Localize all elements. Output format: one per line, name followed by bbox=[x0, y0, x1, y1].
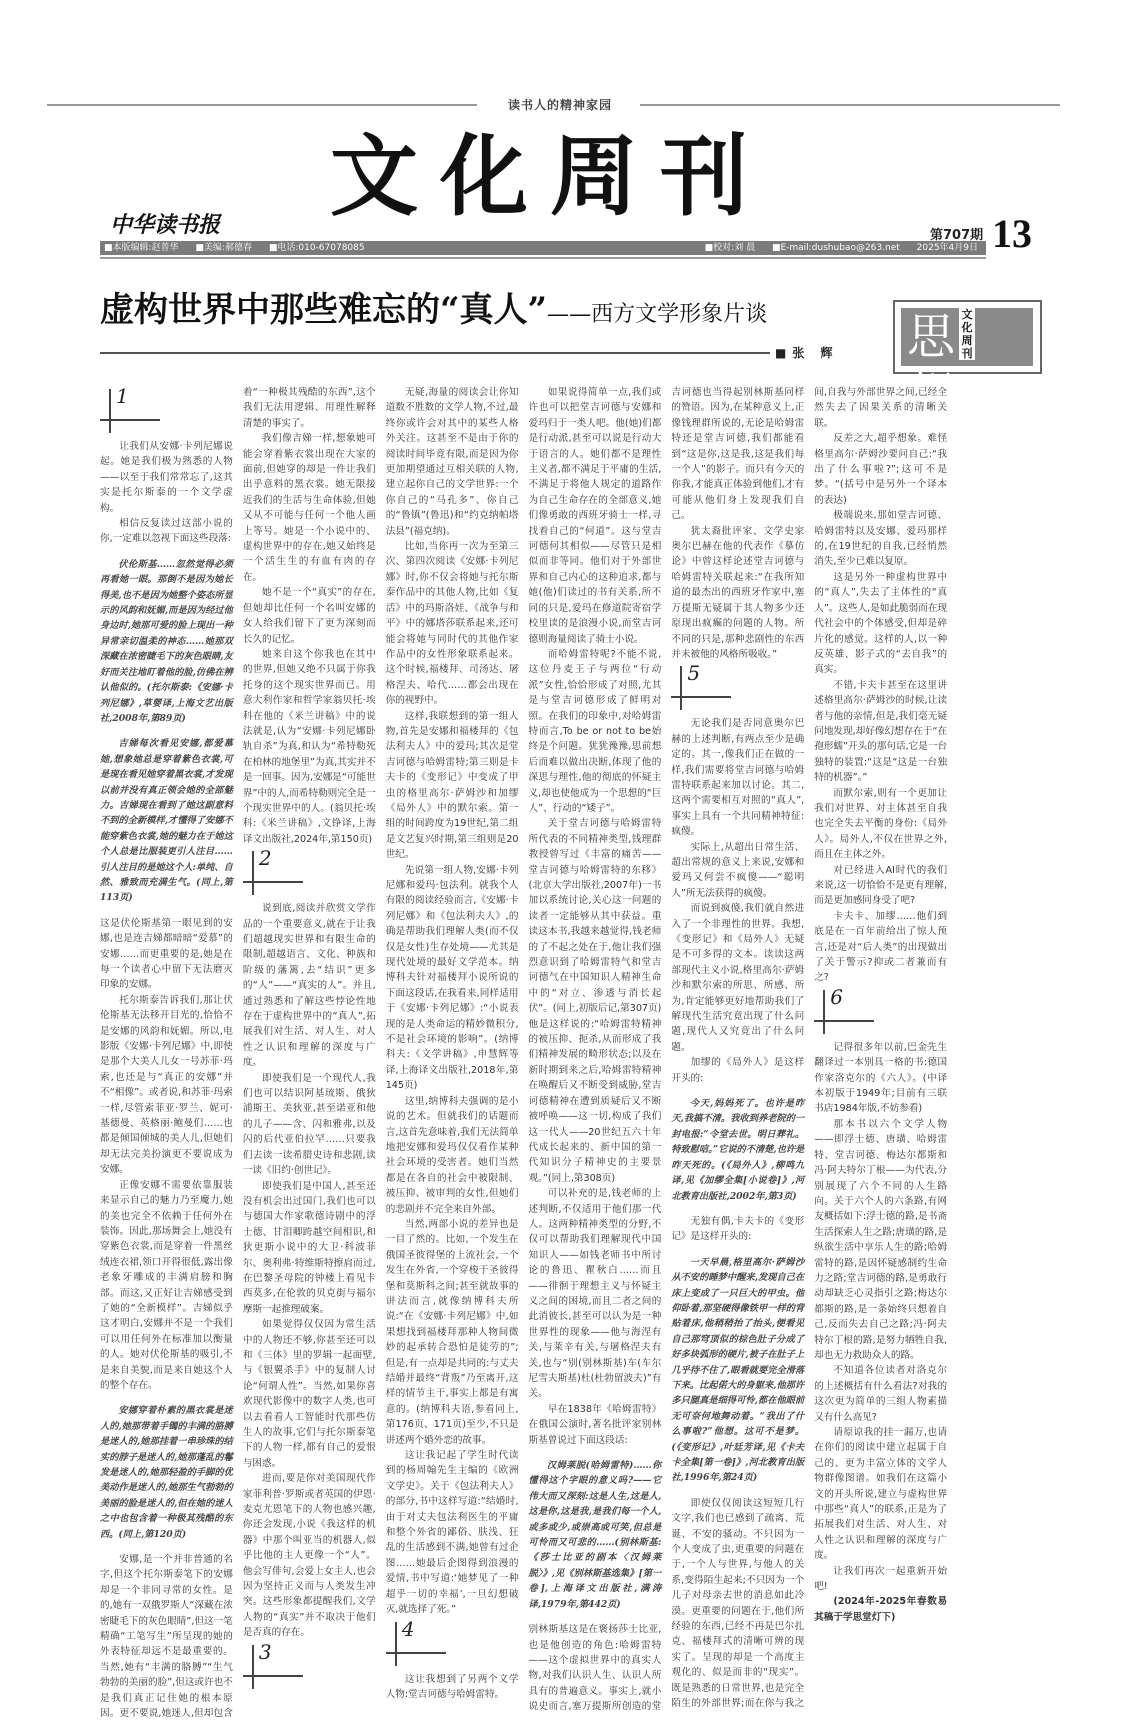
paragraph: 不错,卡夫卡甚至在这里讲述格里高尔·萨姆沙的时候,让读者与他的亲情,但是,我们毫… bbox=[814, 678, 947, 786]
section-number: 5 bbox=[687, 666, 700, 681]
article-headline: 虚构世界中那些难忘的“真人”——西方文学形象片谈 bbox=[100, 282, 767, 331]
section-marker: 4 bbox=[386, 1622, 519, 1662]
paragraph: 即使我们是中国人,甚至还没有机会出过国门,我们也可以与德国大作家歌德诗剧中的浮士… bbox=[243, 1179, 376, 1318]
paragraph: 而说到疯傻,我们就自然进入了一个非理性的世界。我想,《变形记》和《局外人》无疑是… bbox=[671, 901, 804, 1055]
paragraph: 而默尔索,则有一个更加让我们对世界、对主体甚至自我也完全失去平衡的身份:《局外人… bbox=[814, 786, 947, 863]
paragraph: 比如,当你再一次为至第三次、第四次阅读《安娜·卡列尼娜》时,你不仅会将她与托尔斯… bbox=[386, 539, 519, 708]
paragraph: 无疑,海量的阅读会让你知道数不胜数的文学人物,不过,最终你或许会对其中的某些人格… bbox=[386, 385, 519, 539]
paragraph: 无独有偶,卡夫卡的《变形记》是这样开头的: bbox=[671, 1214, 804, 1245]
paragraph: 如果说得简单一点,我们或许也可以把堂吉诃德与安娜和爱玛归于一类人吧。他(她)们都… bbox=[529, 385, 662, 647]
section-marker-rule bbox=[252, 1645, 254, 1689]
paragraph: 反差之大,超乎想象。难怪格里高尔·萨姆沙要问自己:“我出了什么事啦?”;这可不是… bbox=[814, 431, 947, 508]
block-quote: 汉姆莱脱(哈姆雷特)……你懂得这个字眼的意义吗?——它伟大而又深刻:这是人生,这… bbox=[529, 1458, 662, 1612]
paragraph: 让我们再次一起重新开始吧! bbox=[814, 1564, 947, 1595]
phone-info: ■电话:010-67078085 bbox=[269, 243, 365, 253]
author-byline: ■张 辉 bbox=[775, 344, 839, 361]
block-quote: 吉娣每次看见安娜,都爱慕她,想象她总是穿着紫色衣裳,可是现在看见她穿着黑衣裳,才… bbox=[100, 736, 233, 905]
block-quote: 安娜穿着朴素的黑衣裳是迷人的,她那带着手镯的丰满的胳膊是迷人的,她那挂着一串珍珠… bbox=[100, 1403, 233, 1542]
paragraph: 关于堂吉诃德与哈姆雷特所代表的不同精神类型,钱理群教授曾写过《丰富的痛苦——堂吉… bbox=[529, 816, 662, 1186]
paragraph: 这里,纳博科夫强调的是小说的艺术。但就我们的话题而言,这首先意味着,我们无法简单… bbox=[386, 1094, 519, 1217]
paragraph: 说到底,阅读并欣赏文学作品的一个重要意义,就在于让我们超越现实世界和有限生命的限… bbox=[243, 901, 376, 1070]
paragraph: 她来自这个你我也在其中的世界,但她又绝不只属于你我托身的这个现实世界而已。用意大… bbox=[243, 647, 376, 847]
paragraph: 我们像吉娣一样,想象她可能会穿着紫衣裳出现在大家的面前,但她穿的却是一件让我们出… bbox=[243, 431, 376, 585]
newspaper-page: 读书人的精神家园 文化周刊 中华读书报 第707期 13 ■本版编辑:赵普华 ■… bbox=[0, 0, 1133, 1725]
section-marker-rule bbox=[252, 851, 254, 895]
slogan-rule-left bbox=[47, 104, 477, 106]
section-marker-rule bbox=[671, 696, 731, 698]
paragraph: 可以补充的是,钱老师的上述判断,不仅适用于他们那一代人。这两种精神类型的分野,不… bbox=[529, 1186, 662, 1402]
slogan-rule-right bbox=[640, 104, 1060, 106]
section-marker: 2 bbox=[243, 851, 376, 891]
slogan: 读书人的精神家园 bbox=[470, 96, 650, 113]
editor-credit: ■本版编辑:赵普华 bbox=[104, 243, 179, 253]
section-marker: 1 bbox=[100, 389, 233, 429]
publish-date: 2025年4月9日 bbox=[917, 243, 978, 253]
section-marker: 6 bbox=[814, 990, 947, 1030]
section-marker-rule bbox=[814, 1020, 874, 1022]
section-marker-rule bbox=[243, 881, 303, 883]
section-number: 1 bbox=[116, 389, 129, 404]
paragraph: 相信反复读过这部小说的你,一定难以忽视下面这些段落: bbox=[100, 516, 233, 547]
paragraph: 实际上,从超出日常生活、超出常规的意义上来说,安娜和爱玛又何尝不疯傻——“聪明人… bbox=[671, 840, 804, 902]
section-marker-rule bbox=[680, 666, 682, 710]
paragraph: 进而,要是你对美国现代作家菲利普·罗斯或者英国的伊恩·麦克尤恩笔下的人物也感兴趣… bbox=[243, 1471, 376, 1640]
paragraph: 而哈姆雷特呢?不能不说,这位丹麦王子与两位“行动派”女性,恰恰形成了对照,尤其是… bbox=[529, 647, 662, 816]
paragraph: 先说第一组人物,安娜·卡列尼娜和爱玛·包法利。就我个人有限的阅读经验而言,《安娜… bbox=[386, 863, 519, 1094]
byline-rule bbox=[100, 352, 770, 354]
paragraph: 当然,两部小说的差异也是一目了然的。比如,一个发生在俄国圣彼得堡的上流社会,一个… bbox=[386, 1217, 519, 1448]
block-quote: 伏伦斯基……忽然觉得必须再看她一眼。那倒不是因为她长得美,也不是因为她整个姿态所… bbox=[100, 557, 233, 726]
section-marker-rule bbox=[395, 1622, 397, 1666]
paragraph: 即使我们是一个现代人,我们也可以结识阿基琉斯、俄狄浦斯王、美狄亚,甚至诺亚和他的… bbox=[243, 1071, 376, 1179]
paragraph: 这是另外一种虚构世界中的“真人”,失去了主体性的“真人”。这些人,是如此脆弱而在… bbox=[814, 570, 947, 678]
paragraph: 犹太裔批评家、文学史家奥尔巴赫在他的代表作《摹仿论》中曾这样论述堂吉诃德与哈姆雷… bbox=[671, 524, 804, 663]
article-body: 1让我们从安娜·卡列尼娜说起。她是我们极为熟悉的人物——以至于我们常常忘了,这其… bbox=[100, 385, 1090, 1725]
proofreader-credit: ■校对:刘 晨 bbox=[705, 243, 755, 253]
section-marker-rule bbox=[109, 389, 111, 433]
paragraph: 卡夫卡、加缪……他们到底是在一百年前给出了惊人预言,还是对“后人类”的出现做出了… bbox=[814, 909, 947, 986]
paragraph: 让我们从安娜·卡列尼娜说起。她是我们极为熟悉的人物——以至于我们常常忘了,这其实… bbox=[100, 439, 233, 516]
paragraph: 这让我记起了学生时代读到的杨周翰先生主编的《欧洲文学史》。关于《包法利夫人》的部… bbox=[386, 1448, 519, 1617]
paragraph: 无论我们是否同意奥尔巴赫的上述判断,有两点至少是确定的。其一,像我们正在做的一样… bbox=[671, 716, 804, 839]
email-info: ■E-mail:dushubao@263.net bbox=[772, 243, 900, 253]
paragraph: 她不是一个“真实”的存在,但她却比任何一个名叫安娜的女人给我们留下了更为深刻而长… bbox=[243, 585, 376, 647]
section-number: 6 bbox=[830, 990, 843, 1005]
block-quote: 一天早晨,格里高尔·萨姆沙从不安的睡梦中醒来,发现自己在床上变成了一只巨大的甲虫… bbox=[671, 1255, 804, 1486]
article-title: 虚构世界中那些难忘的“真人” bbox=[100, 290, 547, 330]
paragraph: 这让我想到了另两个文学人物:堂吉诃德与哈姆雷特。 bbox=[386, 1672, 519, 1703]
masthead-title: 文化周刊 bbox=[330, 126, 770, 226]
designer-credit: ■美编:郝德春 bbox=[195, 243, 252, 253]
paragraph: 正像安娜不需要依靠服装来显示自己的魅力乃至魔力,她的美也完全不依赖于任何外在装饰… bbox=[100, 1178, 233, 1394]
paragraph: 早在1838年《哈姆雷特》在俄国公演时,著名批评家别林斯基曾说过下面这段话: bbox=[529, 1402, 662, 1448]
section-number: 4 bbox=[402, 1622, 415, 1637]
paragraph: 请原谅我的挂一漏万,也请在你们的阅读中建立起属于自己的、更为丰富立体的文学人物群… bbox=[814, 1425, 947, 1564]
paragraph: 极端说来,那如堂吉诃德、哈姆雷特以及安娜、爱玛那样的,在19世纪的自我,已经悄然… bbox=[814, 508, 947, 570]
section-marker: 5 bbox=[671, 666, 804, 706]
section-marker-rule bbox=[100, 419, 160, 421]
info-bar: ■本版编辑:赵普华 ■美编:郝德春 ■电话:010-67078085 ■校对:刘… bbox=[100, 241, 986, 255]
section-marker-rule bbox=[386, 1652, 446, 1654]
article-subtitle: ——西方文学形象片谈 bbox=[547, 302, 767, 327]
paragraph: 这是伏伦斯基第一眼见到的安娜,也是连吉娣都暗暗“爱慕”的安娜……而更重要的是,她… bbox=[100, 916, 233, 993]
paragraph: 加缪的《局外人》是这样开头的: bbox=[671, 1055, 804, 1086]
paragraph: 那本书以六个文学人物——即浮士德、唐璜、哈姆雷特、堂吉诃德、梅达尔都斯和冯·阿夫… bbox=[814, 1117, 947, 1364]
section-marker-rule bbox=[243, 1675, 303, 1677]
column-badge: 思想 文化周刊 bbox=[893, 300, 1042, 374]
section-number: 2 bbox=[259, 851, 272, 866]
section-marker-rule bbox=[823, 990, 825, 1034]
paragraph: 记得很多年以前,巴金先生翻译过一本别具一格的书:德国作家洛克尔的《六人》。(中译… bbox=[814, 1040, 947, 1117]
section-number: 3 bbox=[259, 1645, 272, 1660]
paragraph: 如果觉得仅仅因为常生活中的人物还不够,你甚至还可以和《三体》里的罗辑一起面壁,与… bbox=[243, 1317, 376, 1471]
page-number: 13 bbox=[992, 214, 1032, 254]
article-signoff: (2024年-2025年春数易其稿于学思堂灯下) bbox=[814, 1594, 947, 1625]
paragraph: 这样,我联想到的第一组人物,首先是安娜和福楼拜的《包法利夫人》中的爱玛;其次是堂… bbox=[386, 709, 519, 863]
section-marker: 3 bbox=[243, 1645, 376, 1685]
paragraph: 托尔斯泰告诉我们,那让伏伦斯基无法移开目光的,恰恰不是安娜的风韵和妩媚。所以,电… bbox=[100, 993, 233, 1178]
paragraph: 对已经进入AI时代的我们来说,这一切恰恰不是更有理解,而是更加感同身受了吧? bbox=[814, 863, 947, 909]
divider bbox=[100, 257, 986, 259]
block-quote: 今天,妈妈死了。也许是昨天,我搞不清。我收到养老院的一封电报:“令堂去世。明日葬… bbox=[671, 1096, 804, 1204]
newspaper-logo: 中华读书报 bbox=[110, 208, 220, 239]
column-badge-small: 文化周刊 bbox=[959, 308, 975, 360]
paragraph: 不知道各位读者对洛克尔的上述概括有什么看法?对我的这次更为简单的三组人物素描又有… bbox=[814, 1363, 947, 1425]
